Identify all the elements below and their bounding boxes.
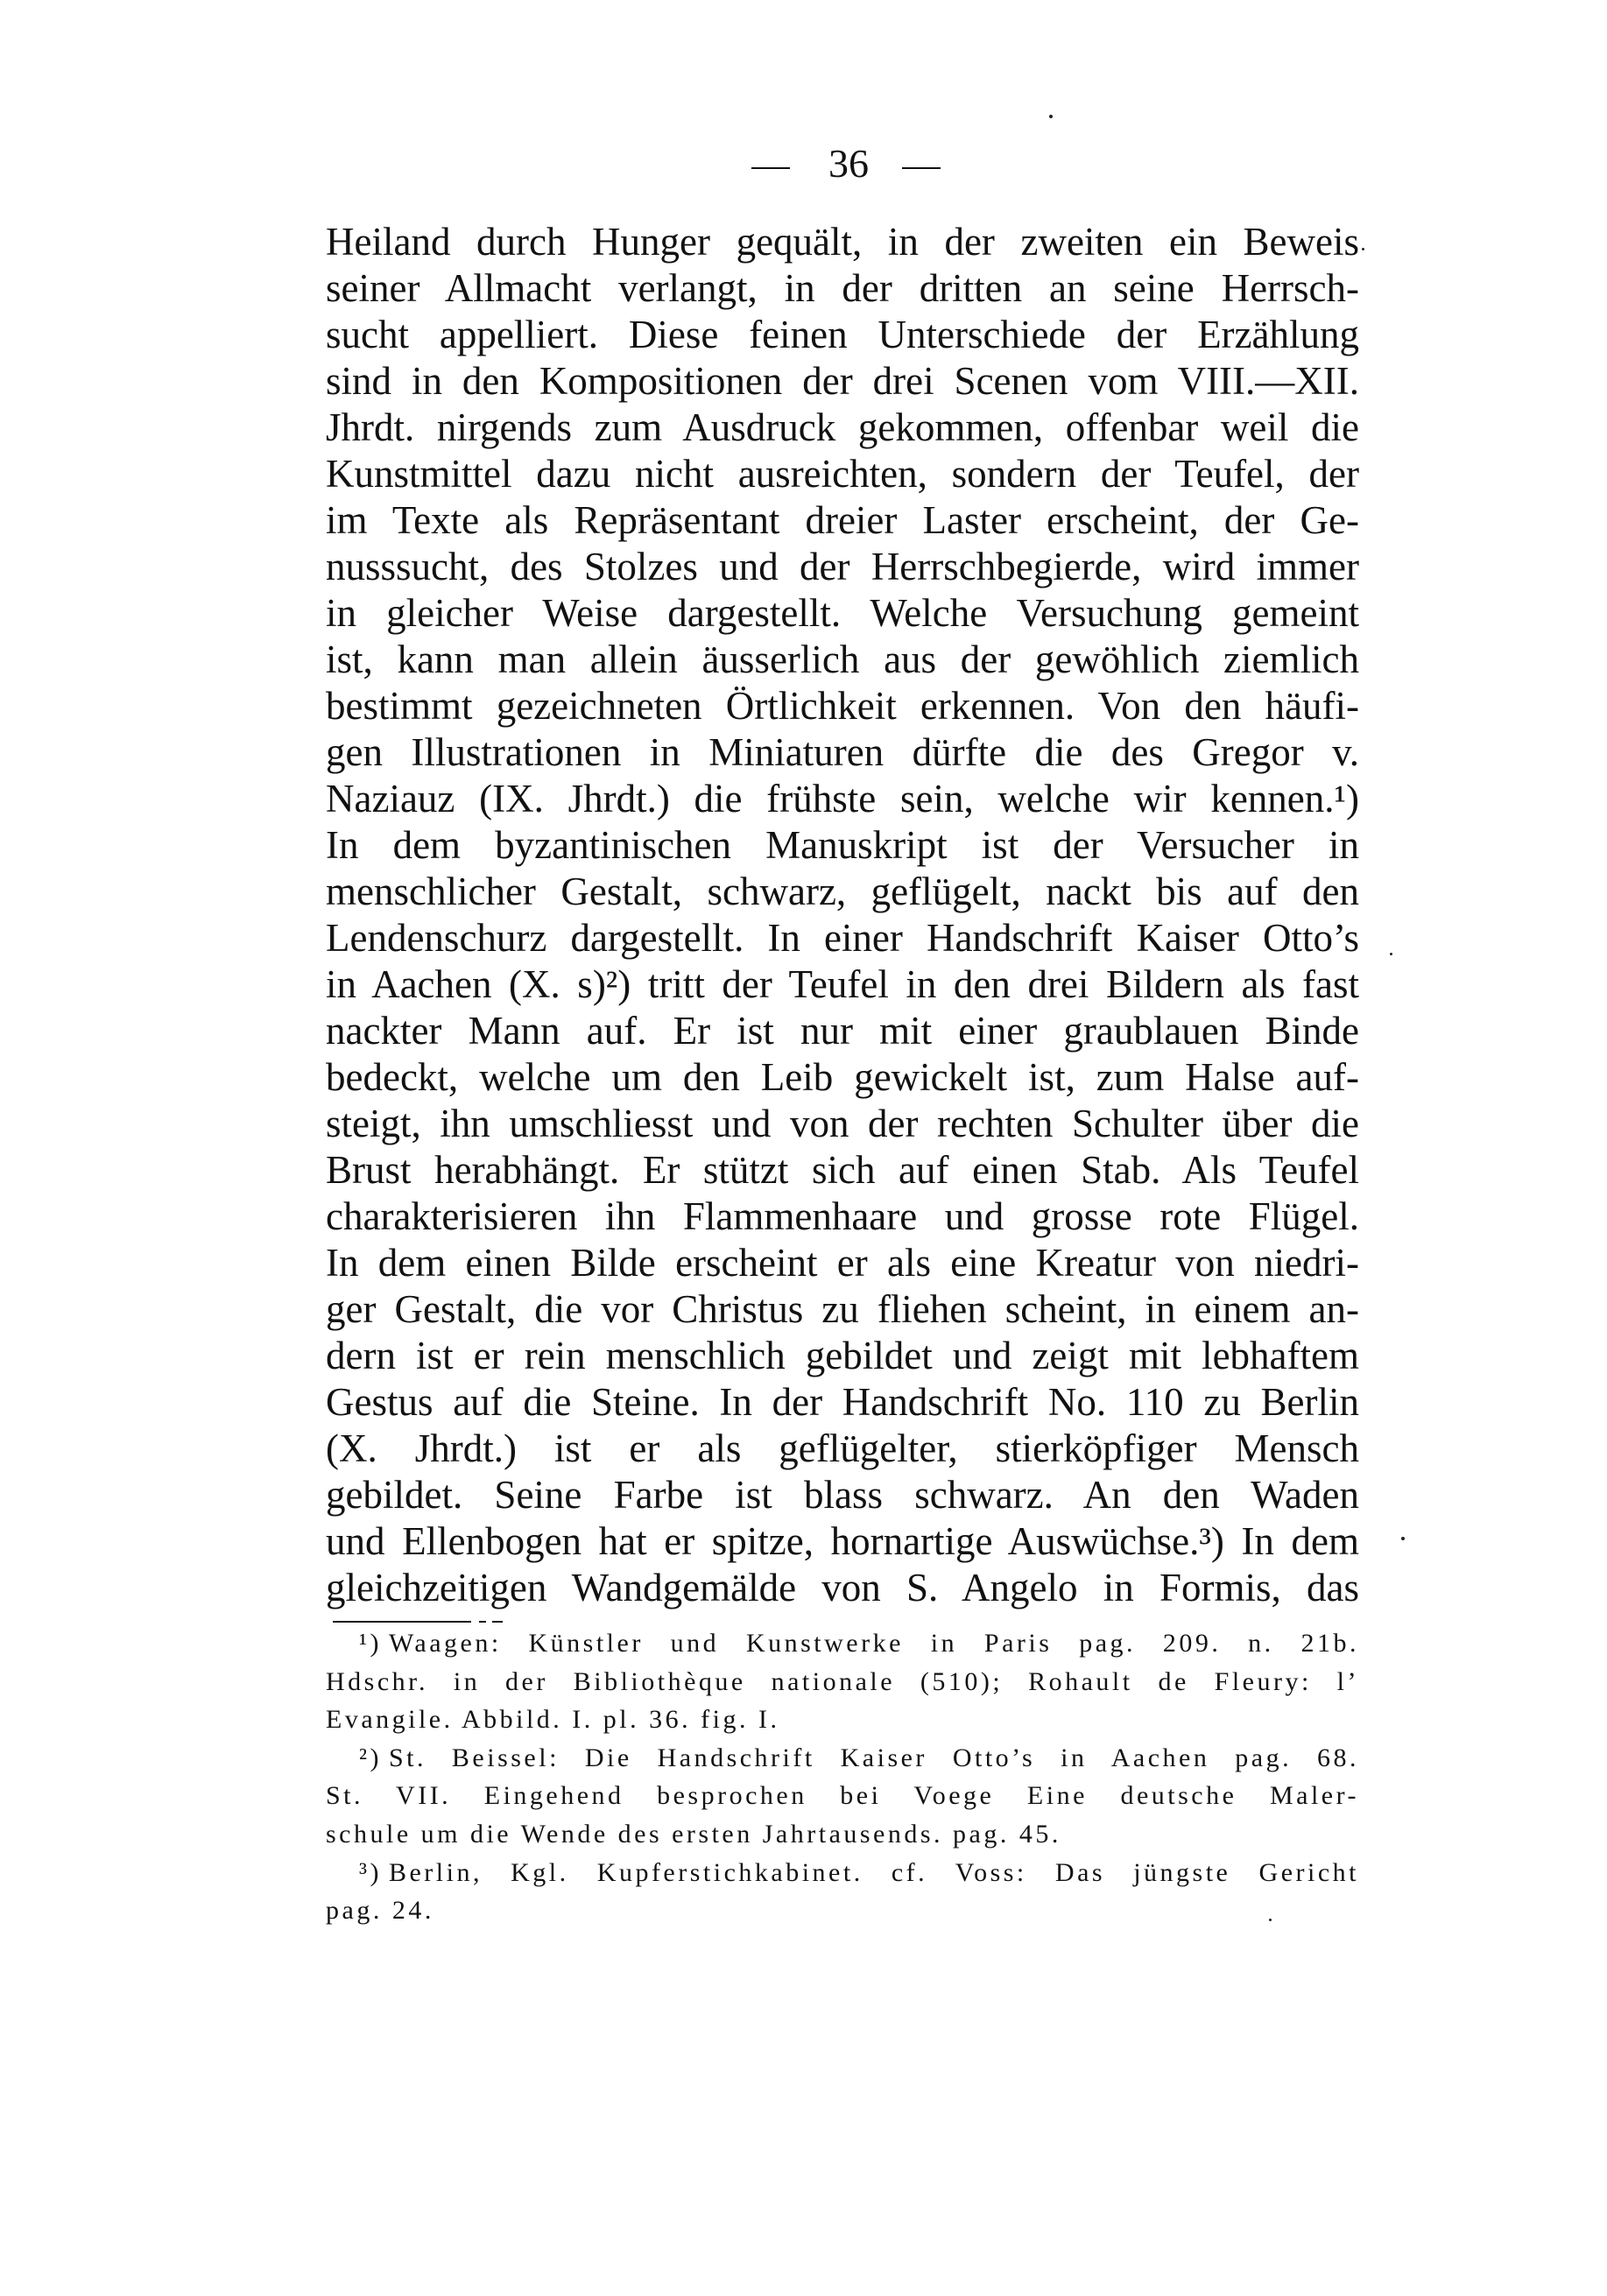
footnote-2-line: schule um die Wende des ersten Jahrtause… <box>326 1815 1359 1854</box>
body-line: steigt, ihn umschliesst und von der rech… <box>326 1101 1359 1147</box>
body-line: In dem byzantinischen Manuskript ist der… <box>326 822 1359 869</box>
footnote-text: Berlin, Kgl. Kupferstichkabinet. cf. Vos… <box>389 1858 1359 1887</box>
body-line: Naziauz (IX. Jhrdt.) die frühste sein, w… <box>326 776 1359 822</box>
body-line: ist, kann man allein äusserlich aus der … <box>326 637 1359 683</box>
page-number-left-dash <box>751 167 790 169</box>
body-line: sind in den Kompositionen der drei Scene… <box>326 358 1359 405</box>
body-line: gen Illustrationen in Miniaturen dürfte … <box>326 729 1359 776</box>
body-line: bestimmt gezeichneten Örtlichkeit erkenn… <box>326 683 1359 729</box>
footnote-marker: ¹) <box>359 1629 382 1658</box>
scan-speck <box>1269 1919 1272 1921</box>
body-line: charakterisieren ihn Flammenhaare und gr… <box>326 1194 1359 1240</box>
footnote-text: St. Beissel: Die Handschrift Kaiser Otto… <box>389 1743 1359 1772</box>
body-line: nusssucht, des Stolzes und der Herrschbe… <box>326 544 1359 590</box>
footnote-text: Waagen: Künstler und Kunstwerke in Paris… <box>389 1629 1359 1658</box>
body-line: nackter Mann auf. Er ist nur mit einer g… <box>326 1008 1359 1054</box>
footnote-1-line: Hdschr. in der Bibliothèque nationale (5… <box>326 1663 1359 1701</box>
footnote-2-line: ²)St. Beissel: Die Handschrift Kaiser Ot… <box>326 1739 1359 1778</box>
scan-speck <box>1049 115 1053 118</box>
footnote-rule-fragment <box>479 1621 486 1623</box>
body-line: in gleicher Weise dargestellt. Welche Ve… <box>326 590 1359 637</box>
body-line: Jhrdt. nirgends zum Ausdruck gekommen, o… <box>326 405 1359 451</box>
body-line: Gestus auf die Steine. In der Handschrif… <box>326 1379 1359 1426</box>
footnote-3-line: pag. 24. <box>326 1891 1359 1930</box>
body-line: In dem einen Bilde erscheint er als eine… <box>326 1240 1359 1286</box>
footnote-marker: ²) <box>359 1743 382 1772</box>
footnote-1-line: Evangile. Abbild. I. pl. 36. fig. I. <box>326 1701 1359 1739</box>
footnote-2-line: St. VII. Eingehend besprochen bei Voege … <box>326 1777 1359 1815</box>
body-line: im Texte als Repräsentant dreier Laster … <box>326 497 1359 544</box>
body-line: ger Gestalt, die vor Christus zu fliehen… <box>326 1286 1359 1333</box>
body-line: Heiland durch Hunger gequält, in der zwe… <box>326 219 1359 265</box>
body-line: und Ellenbogen hat er spitze, hornartige… <box>326 1518 1359 1565</box>
body-line: seiner Allmacht verlangt, in der dritten… <box>326 265 1359 312</box>
body-line: Brust herabhängt. Er stützt sich auf ein… <box>326 1147 1359 1194</box>
body-line: dern ist er rein menschlich gebildet und… <box>326 1333 1359 1379</box>
body-line: bedeckt, welche um den Leib gewickelt is… <box>326 1054 1359 1101</box>
body-line: gleichzeitigen Wandgemälde von S. Angelo… <box>326 1565 1359 1611</box>
footnote-3-line: ³)Berlin, Kgl. Kupferstichkabinet. cf. V… <box>326 1854 1359 1892</box>
page-number: 36 <box>814 140 883 187</box>
body-text: Heiland durch Hunger gequält, in der zwe… <box>326 219 1359 1611</box>
body-line: in Aachen (X. s)²) tritt der Teufel in d… <box>326 961 1359 1008</box>
footnote-rule <box>333 1621 471 1623</box>
footnote-1-line: ¹)Waagen: Künstler und Kunstwerke in Par… <box>326 1624 1359 1663</box>
scan-speck <box>1390 953 1392 955</box>
body-line: menschlicher Gestalt, schwarz, geflügelt… <box>326 869 1359 915</box>
book-page: 36 Heiland durch Hunger gequält, in der … <box>0 0 1607 2296</box>
footnote-marker: ³) <box>359 1858 382 1887</box>
page-number-right-dash <box>902 167 941 169</box>
body-line: (X. Jhrdt.) ist er als geflügelter, stie… <box>326 1426 1359 1472</box>
body-line: Kunstmittel dazu nicht ausreichten, sond… <box>326 451 1359 497</box>
footnote-rule-fragment <box>492 1621 503 1623</box>
body-line: gebildet. Seine Farbe ist blass schwarz.… <box>326 1472 1359 1518</box>
scan-speck <box>1401 1537 1405 1540</box>
scan-speck <box>1362 248 1364 250</box>
footnotes: ¹)Waagen: Künstler und Kunstwerke in Par… <box>326 1624 1359 1930</box>
body-line: Lendenschurz dargestellt. In einer Hands… <box>326 915 1359 961</box>
body-line: sucht appelliert. Diese feinen Unterschi… <box>326 312 1359 358</box>
